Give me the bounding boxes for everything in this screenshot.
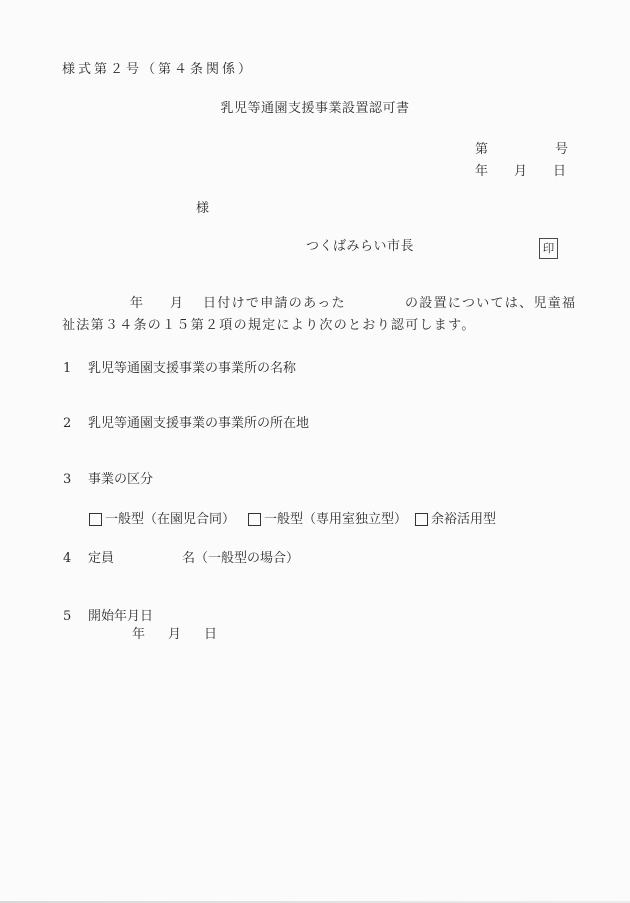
item-1-number: 1 bbox=[63, 362, 71, 375]
start-date-year-label: 年 bbox=[132, 628, 145, 641]
document-page: 様式第２号（第４条関係） 乳児等通園支援事業設置認可書 第 号 年 月 日 様 … bbox=[0, 0, 630, 903]
item-1-label: 乳児等通園支援事業の事業所の名称 bbox=[88, 362, 296, 375]
seal-label: 印 bbox=[543, 243, 555, 255]
item-3-number: 3 bbox=[63, 473, 71, 486]
item-4-capacity-suffix: 名（一般型の場合） bbox=[182, 552, 299, 565]
issue-date-month-label: 月 bbox=[514, 165, 527, 178]
body-line-2: 祉法第３４条の１５第２項の規定により次のとおり認可します。 bbox=[62, 319, 476, 332]
body-month-label: 月 bbox=[170, 297, 184, 310]
start-date-month-label: 月 bbox=[168, 628, 181, 641]
item-2-label: 乳児等通園支援事業の事業所の所在地 bbox=[88, 417, 309, 430]
seal-box: 印 bbox=[539, 238, 558, 259]
form-number: 様式第２号（第４条関係） bbox=[62, 63, 254, 76]
checkbox-label: 一般型（専用室独立型） bbox=[264, 513, 407, 526]
doc-number-prefix: 第 bbox=[475, 143, 488, 156]
issue-date-year-label: 年 bbox=[475, 165, 488, 178]
body-year-label: 年 bbox=[130, 297, 144, 310]
item-4-label: 定員 bbox=[88, 552, 114, 565]
issue-date-line: 年 月 日 bbox=[475, 165, 566, 178]
checkbox-icon[interactable] bbox=[89, 513, 102, 526]
body-segment-2: の設置については、児童福 bbox=[405, 297, 576, 310]
start-date-day-label: 日 bbox=[204, 628, 217, 641]
document-title: 乳児等通園支援事業設置認可書 bbox=[0, 102, 630, 115]
issue-date-day-label: 日 bbox=[553, 165, 566, 178]
checkbox-icon[interactable] bbox=[248, 513, 261, 526]
item-5-number: 5 bbox=[63, 610, 71, 623]
doc-number-suffix: 号 bbox=[555, 143, 568, 156]
checkbox-option-general-combined: 一般型（在園児合同） bbox=[89, 513, 235, 526]
item-3-label: 事業の区分 bbox=[88, 473, 153, 486]
checkbox-label: 余裕活用型 bbox=[431, 513, 496, 526]
item-2-number: 2 bbox=[63, 417, 71, 430]
item-5-label: 開始年月日 bbox=[88, 610, 153, 623]
checkbox-icon[interactable] bbox=[415, 513, 428, 526]
addressee-honorific: 様 bbox=[196, 202, 209, 215]
item-4-number: 4 bbox=[63, 552, 71, 565]
doc-number-line: 第 号 bbox=[475, 143, 568, 156]
checkbox-option-general-dedicated: 一般型（専用室独立型） bbox=[248, 513, 407, 526]
checkbox-label: 一般型（在園児合同） bbox=[105, 513, 235, 526]
issuer-name: つくばみらい市長 bbox=[306, 240, 414, 253]
body-segment-1: 日付けで申請のあった bbox=[203, 297, 346, 310]
checkbox-option-surplus: 余裕活用型 bbox=[415, 513, 496, 526]
